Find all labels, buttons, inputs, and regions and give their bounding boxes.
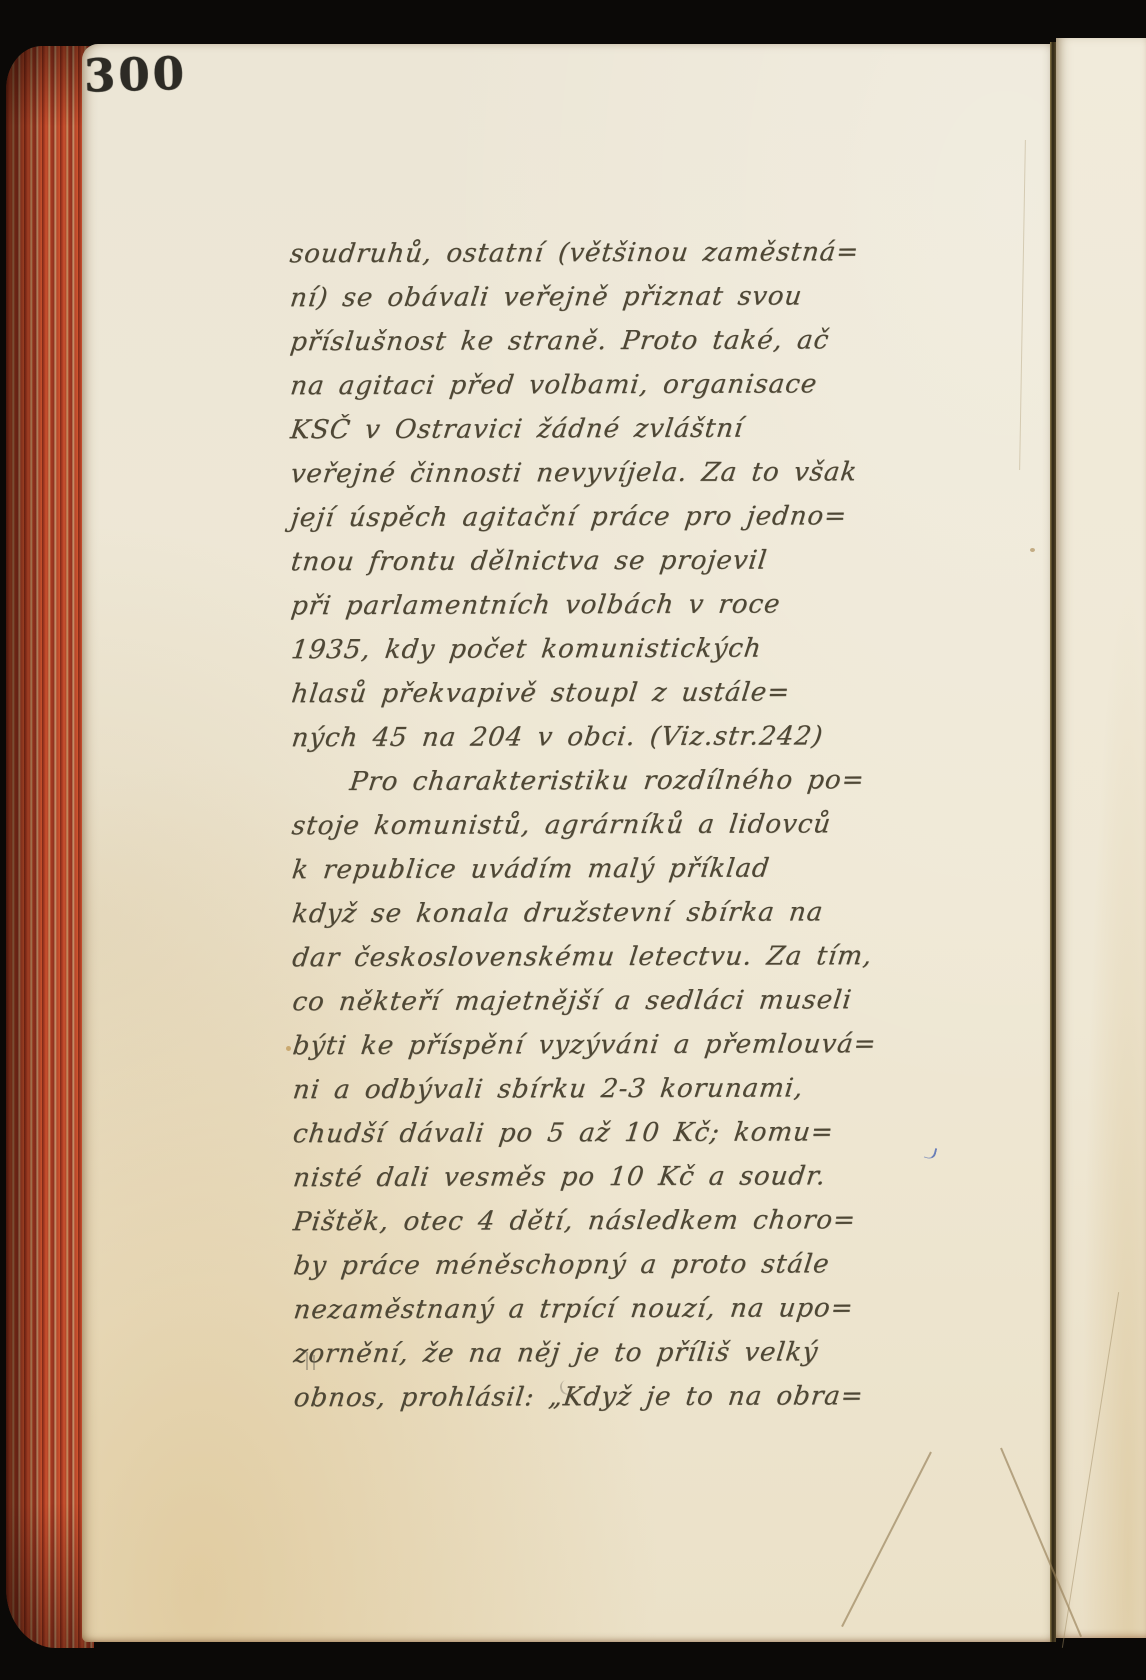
manuscript-line: Pištěk, otec 4 dětí, následkem choro=	[291, 1198, 986, 1244]
manuscript-line: nezaměstnaný a trpící nouzí, na upo=	[291, 1286, 986, 1332]
manuscript-line: soudruhů, ostatní (většinou zaměstná=	[287, 230, 982, 276]
manuscript-line: k republice uvádím malý příklad	[290, 846, 985, 892]
manuscript-line: co někteří majetnější a sedláci museli	[290, 978, 985, 1024]
manuscript-line: KSČ v Ostravici žádné zvláštní	[288, 406, 983, 452]
manuscript-line: zornění, že na něj je to příliš velký	[291, 1330, 986, 1376]
book-scan-photo: 300 soudruhů, ostatní (většinou zaměstná…	[0, 0, 1146, 1680]
manuscript-line: stoje komunistů, agrárníků a lidovců	[289, 802, 984, 848]
foxing-spot	[1030, 548, 1035, 552]
manuscript-line: veřejné činnosti nevyvíjela. Za to však	[288, 450, 983, 496]
manuscript-line: její úspěch agitační práce pro jedno=	[288, 494, 983, 540]
manuscript-line: hlasů překvapivě stoupl z ustále=	[289, 670, 984, 716]
manuscript-line: na agitaci před volbami, organisace	[288, 362, 983, 408]
foxing-spot	[286, 1046, 291, 1051]
handwritten-text-block: soudruhů, ostatní (většinou zaměstná= ní…	[290, 230, 984, 1420]
manuscript-line: tnou frontu dělnictva se projevil	[288, 538, 983, 584]
manuscript-line: by práce méněschopný a proto stále	[291, 1242, 986, 1288]
manuscript-line: 1935, kdy počet komunistických	[289, 626, 984, 672]
manuscript-line: dar československému letectvu. Za tím,	[290, 934, 985, 980]
manuscript-line: obnos, prohlásil: „Když je to na obra=	[291, 1374, 986, 1420]
manuscript-line: když se konala družstevní sbírka na	[290, 890, 985, 936]
manuscript-line: ni a odbývali sbírku 2-3 korunami,	[290, 1066, 985, 1112]
manuscript-line-paragraph-start: Pro charakteristiku rozdílného po=	[289, 758, 984, 804]
book-red-fore-edge	[6, 46, 94, 1648]
manuscript-line: býti ke příspění vyzýváni a přemlouvá=	[290, 1022, 985, 1068]
page-number-stamp: 300	[83, 47, 187, 103]
manuscript-line: při parlamentních volbách v roce	[289, 582, 984, 628]
manuscript-line: chudší dávali po 5 až 10 Kč; komu=	[290, 1110, 985, 1156]
manuscript-line: příslušnost ke straně. Proto také, ač	[288, 318, 983, 364]
pencil-tick-marks	[306, 1352, 318, 1372]
manuscript-line: ných 45 na 204 v obci. (Viz.str.242)	[289, 714, 984, 760]
manuscript-line: ní) se obávali veřejně přiznat svou	[288, 274, 983, 320]
manuscript-line: nisté dali vesměs po 10 Kč a soudr.	[291, 1154, 986, 1200]
